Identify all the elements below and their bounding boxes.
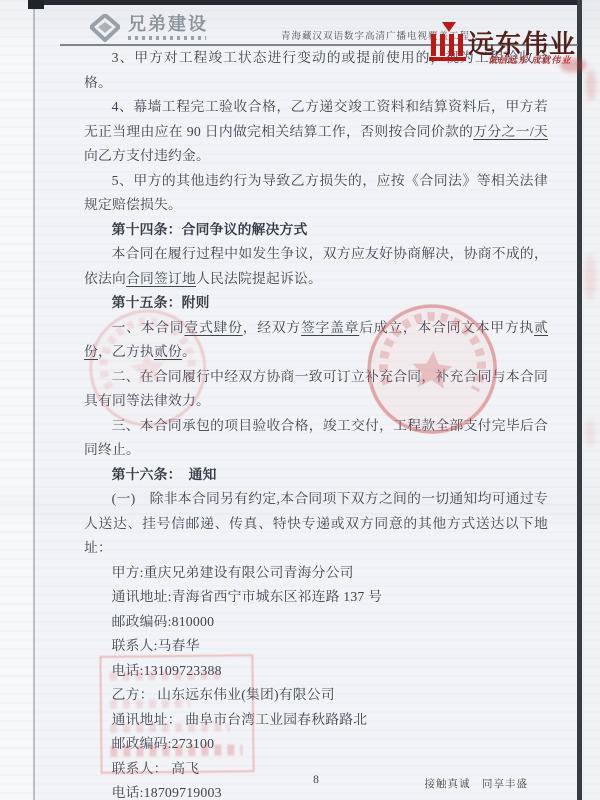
red-edge-smudge: [586, 70, 596, 100]
red-edge-smudge: [585, 420, 595, 446]
scan-left-margin: [0, 0, 34, 800]
brand-right-logo: 远东伟业 诚信远东·成就伟业: [428, 20, 470, 69]
contract-paragraph: 二、在合同履行中经双方协商一致可订立补充合同，补充合同与本合同具有同等法律效力。: [84, 365, 548, 414]
scan-corner-artifact: [28, 0, 44, 9]
scan-right-margin: [582, 0, 600, 800]
contract-paragraph: 4、幕墙工程完工验收合格，乙方递交竣工资料和结算资料后，甲方若无正当理由应在 9…: [84, 95, 548, 169]
red-edge-smudge: [560, 58, 586, 72]
red-edge-smudge: [584, 255, 596, 299]
scan-left-edge-line: [33, 0, 35, 800]
contract-paragraph: 甲方:重庆兄弟建设有限公司青海分公司: [84, 561, 548, 586]
brand-left-subtext: [128, 36, 206, 40]
contract-paragraph: 通讯地址： 曲阜市台湾工业园春秋路路北: [84, 708, 548, 733]
red-colonnade-icon: [428, 51, 470, 68]
diamond-ribbon-icon: [90, 14, 120, 47]
scanned-contract-page: 兄弟建设 青海藏汉双语数字高清广播电视覆盖工程 远东伟业 诚信远东·成就伟业 3…: [0, 0, 600, 800]
contract-paragraph: (一) 除非本合同另有约定,本合同项下双方之间的一切通知均可通过专人送达、挂号信…: [84, 487, 548, 561]
clause-heading: 第十四条：合同争议的解决方式: [84, 218, 548, 243]
scan-top-edge-line: [28, 0, 600, 5]
contract-paragraph: 邮政编码:273100: [84, 732, 548, 757]
contract-body: 3、甲方对工程竣工状态进行变动的或提前使用的，视为工程验收合格。4、幕墙工程完工…: [84, 46, 548, 800]
contract-paragraph: 5、甲方的其他违约行为导致乙方损失的，应按《合同法》等相关法律规定赔偿损失。: [84, 169, 548, 218]
contract-paragraph: 邮政编码:810000: [84, 610, 548, 635]
brand-left-logo: 兄弟建设: [90, 14, 208, 47]
brand-right-slogan: 诚信远东·成就伟业: [488, 53, 571, 66]
clause-heading: 第十五条：附则: [84, 291, 548, 316]
contract-paragraph: 联系人:马春华: [84, 634, 548, 659]
contract-paragraph: 乙方： 山东远东伟业(集团)有限公司: [84, 683, 548, 708]
contract-paragraph: 一、本合同壹式肆份，经双方签字盖章后成立，本合同文本甲方执贰份，乙方执贰份。: [84, 316, 548, 365]
contract-paragraph: 本合同在履行过程中如发生争议，双方应友好协商解决，协商不成的，依法向合同签订地人…: [84, 242, 548, 291]
brand-left-name: 兄弟建设: [128, 14, 208, 34]
contract-paragraph: 三、本合同承包的项目验收合格，竣工交付，工程款全部支付完毕后合同终止。: [84, 414, 548, 463]
footer-slogan: 接触真诚 同享丰盛: [425, 776, 529, 791]
contract-paragraph: 电话:13109723388: [84, 659, 548, 684]
clause-heading: 第十六条： 通知: [84, 463, 548, 488]
header-project-title: 青海藏汉双语数字高清广播电视覆盖工程: [0, 28, 470, 42]
contract-paragraph: 通讯地址:青海省西宁市城东区祁连路 137 号: [84, 585, 548, 610]
